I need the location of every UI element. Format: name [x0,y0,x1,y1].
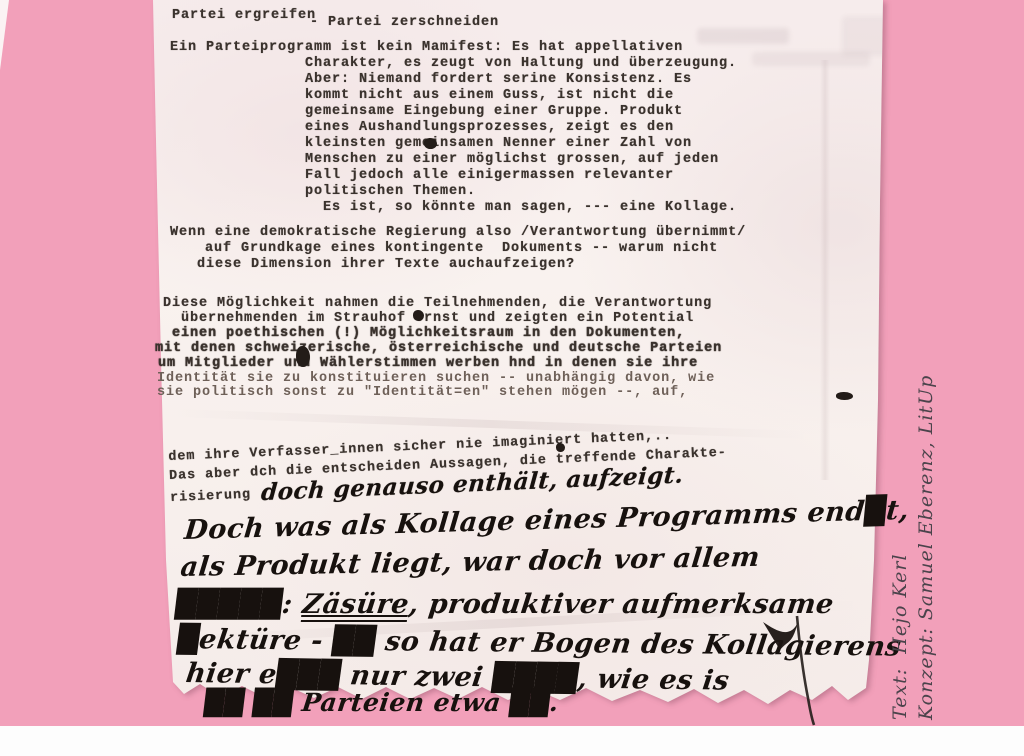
ink-streak [0,0,1024,756]
margin-credit-note: Text: Hejo Kerl Konzept: Samuel Eberenz,… [885,380,941,720]
credit-text-concept: Konzept: Samuel Eberenz, LitUp [913,380,939,720]
credit-text-author: Text: Hejo Kerl [887,380,913,720]
scanned-page: Partei ergreifen - Partei zerschneiden E… [0,0,1024,756]
margin-credit-rotated: Text: Hejo Kerl Konzept: Samuel Eberenz,… [887,380,939,720]
